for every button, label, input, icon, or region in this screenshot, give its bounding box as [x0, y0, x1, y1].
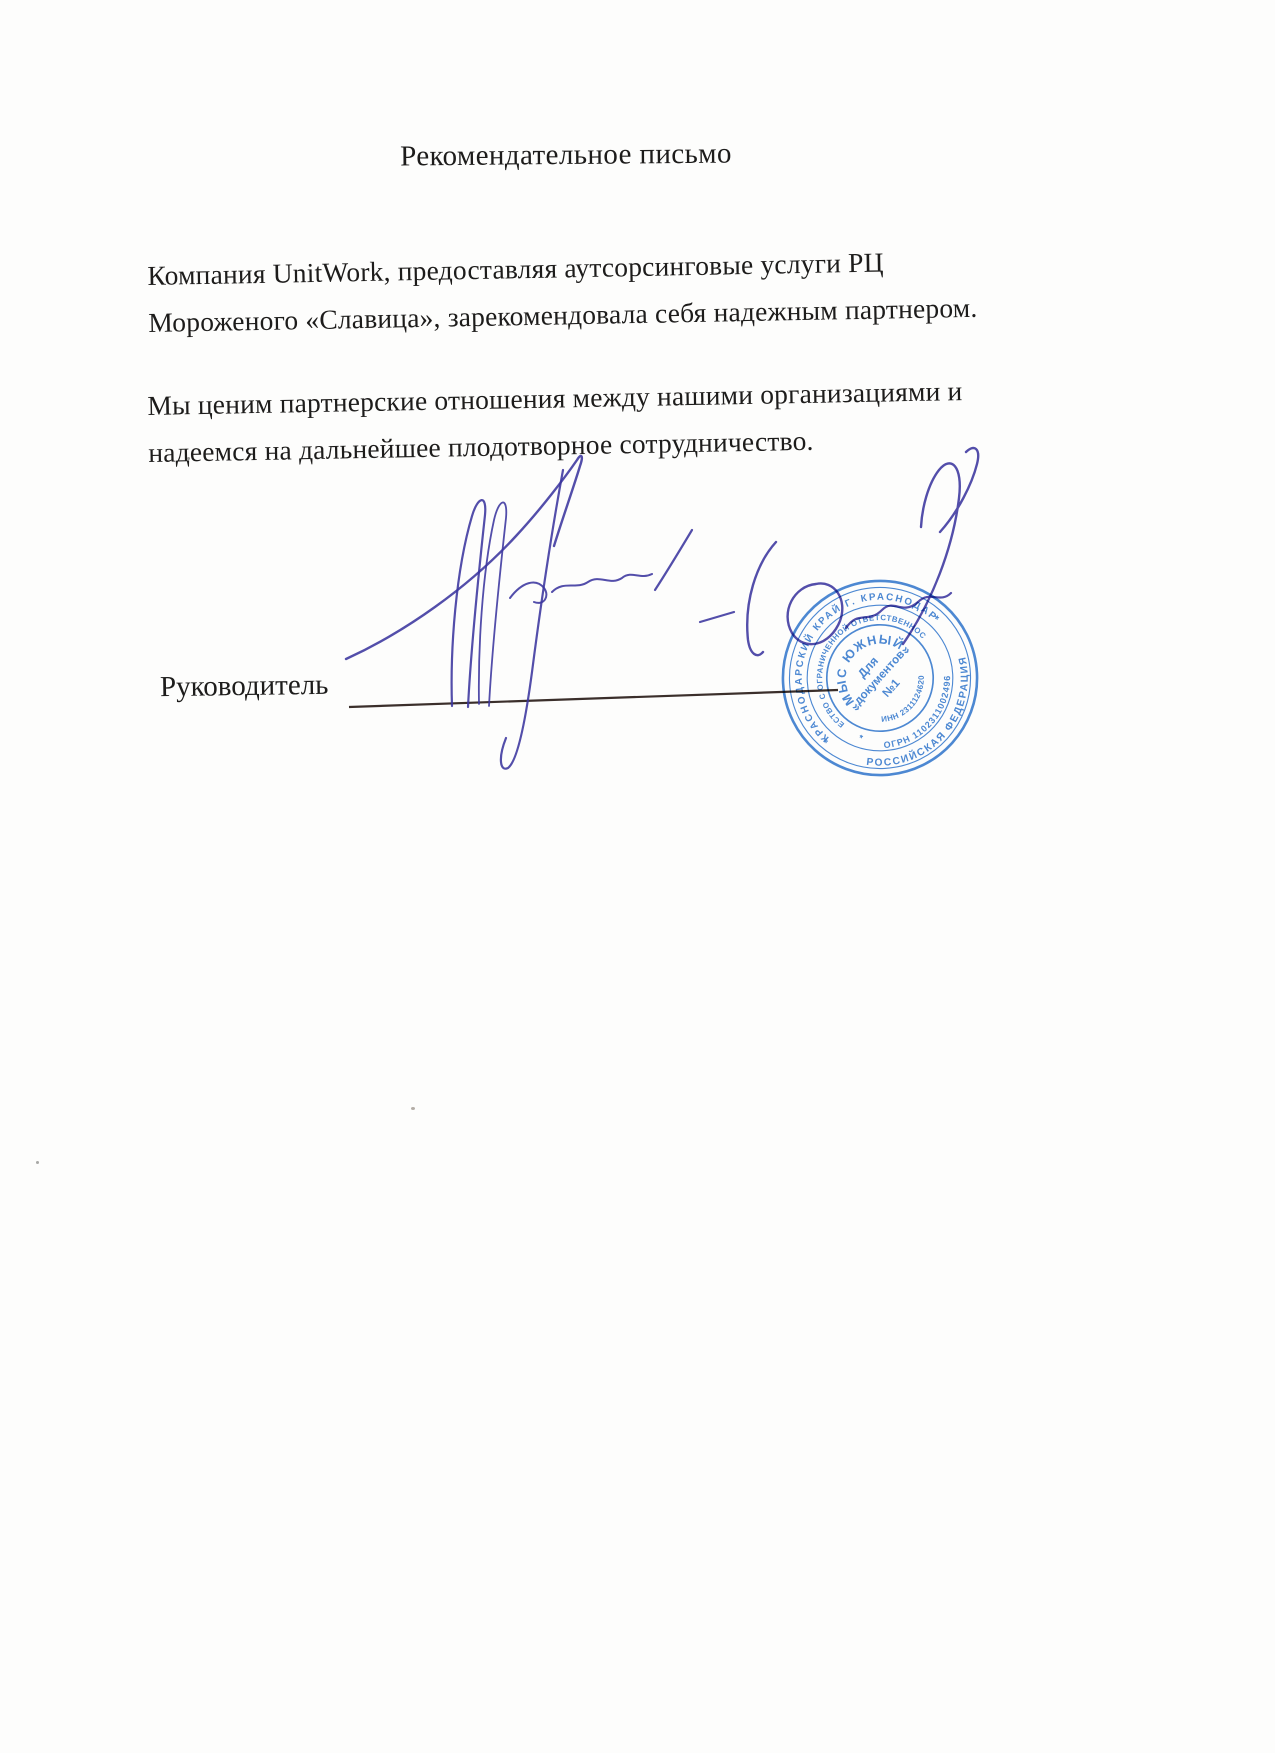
company-stamp: КРАСНОДАРСКИЙ КРАЙ Г. КРАСНОДАР РОССИЙСК…	[722, 520, 1038, 836]
scanned-letter-page: Рекомендательное письмо Компания UnitWor…	[0, 0, 1275, 1753]
scan-speck	[187, 457, 190, 460]
stamp-center-line-2: документов	[852, 648, 908, 708]
letter-paragraph-2: Мы ценим партнерские отношения между наш…	[147, 367, 964, 476]
letter-title: Рекомендательное письмо	[0, 134, 1132, 177]
scan-speck	[411, 1107, 415, 1110]
stamp-star-inner-icon: *	[858, 733, 868, 743]
letter-paragraph-1: Компания UnitWork, предоставляя аутсорси…	[147, 237, 978, 346]
scan-speck	[36, 1161, 39, 1164]
role-label: Руководитель	[160, 669, 329, 704]
stamp-graphic: КРАСНОДАРСКИЙ КРАЙ Г. КРАСНОДАР РОССИЙСК…	[722, 520, 1038, 836]
